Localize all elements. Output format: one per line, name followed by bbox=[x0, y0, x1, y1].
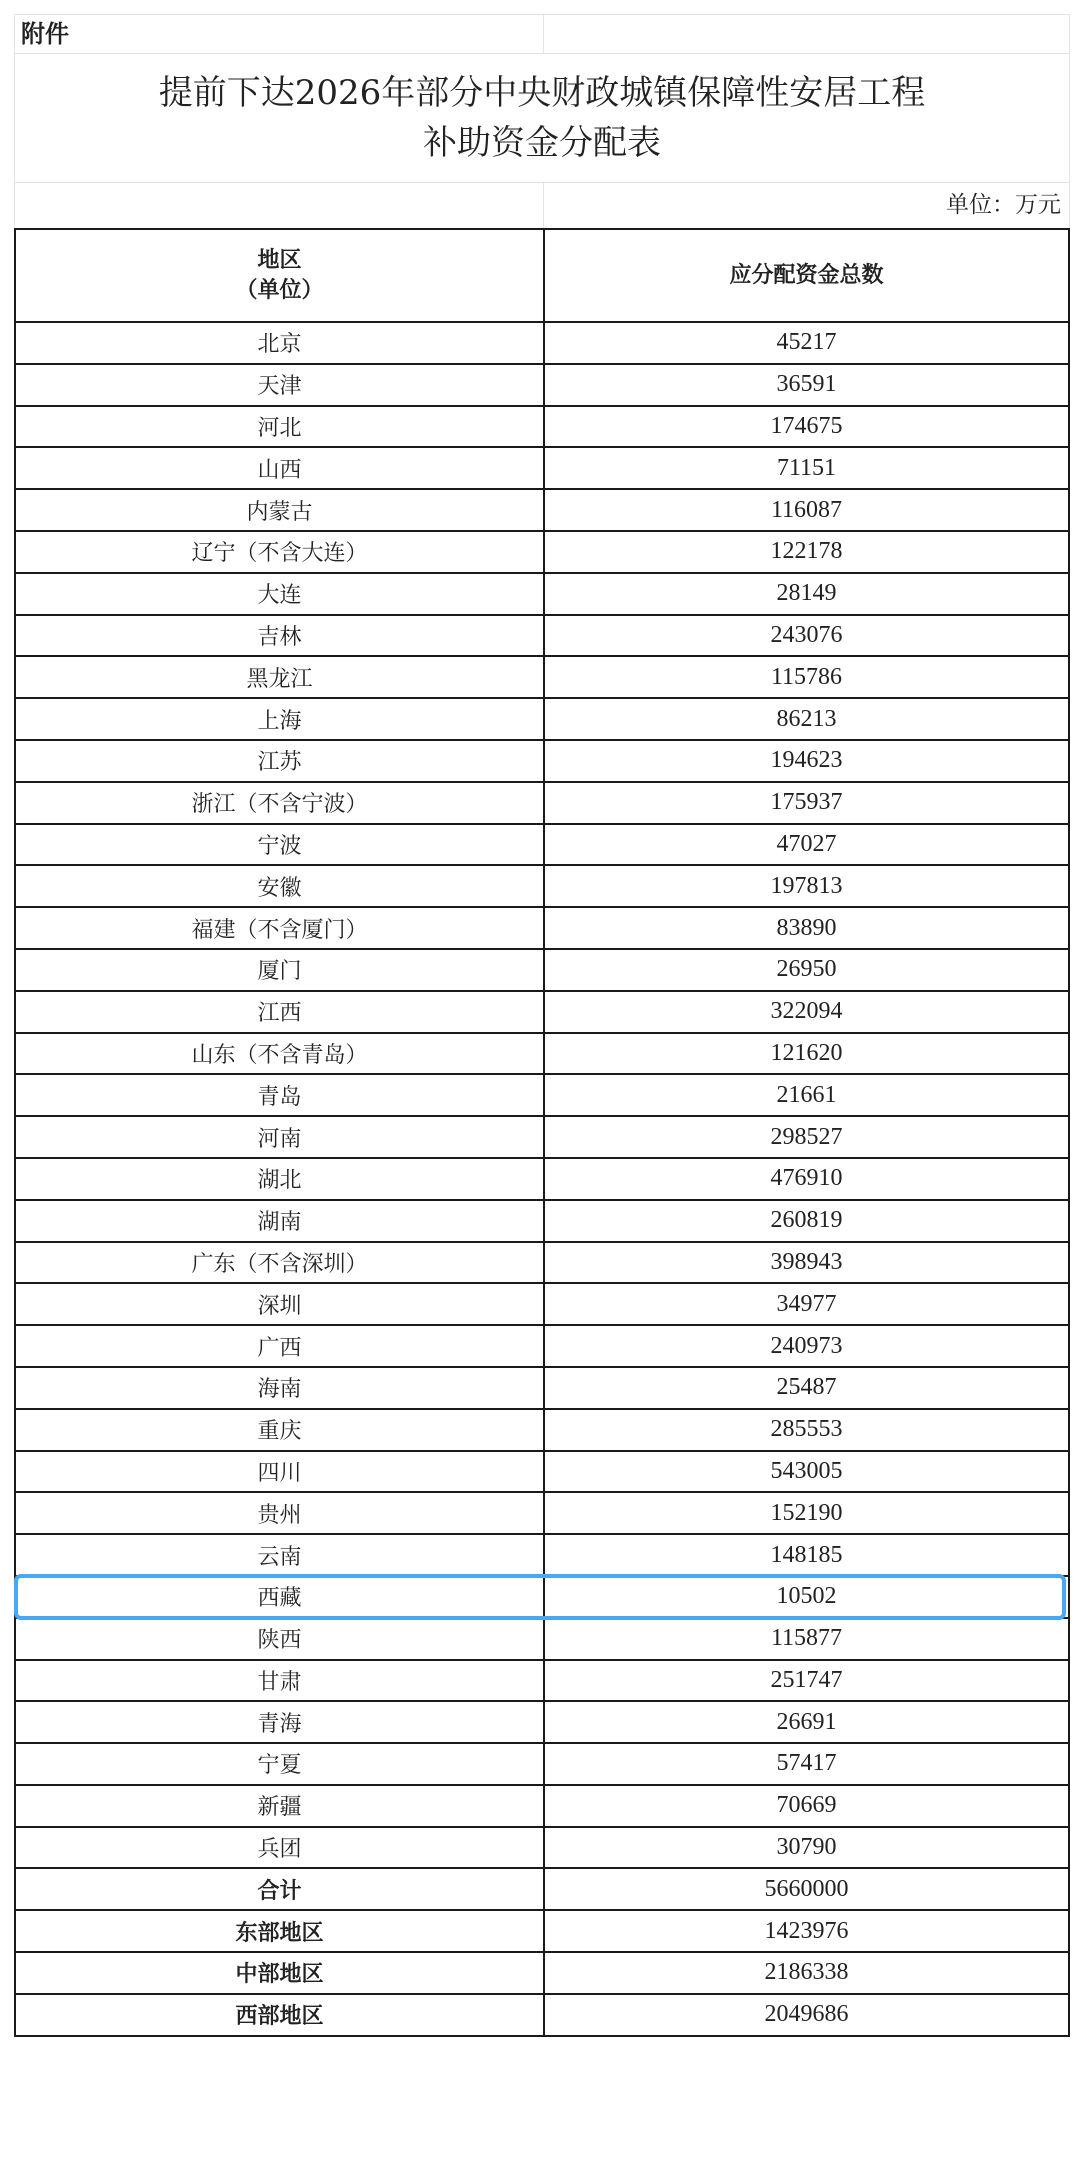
amount-cell[interactable]: 57417 bbox=[544, 1743, 1069, 1785]
region-cell[interactable]: 天津 bbox=[15, 364, 544, 406]
region-cell[interactable]: 福建（不含厦门） bbox=[15, 907, 544, 949]
region-cell[interactable]: 新疆 bbox=[15, 1785, 544, 1827]
table-row[interactable]: 新疆70669 bbox=[15, 1785, 1069, 1827]
region-cell[interactable]: 东部地区 bbox=[15, 1910, 544, 1952]
table-row[interactable]: 陕西115877 bbox=[15, 1618, 1069, 1660]
table-row[interactable]: 吉林243076 bbox=[15, 615, 1069, 657]
region-cell[interactable]: 内蒙古 bbox=[15, 489, 544, 531]
table-row[interactable]: 上海86213 bbox=[15, 698, 1069, 740]
table-row[interactable]: 海南25487 bbox=[15, 1367, 1069, 1409]
table-row[interactable]: 天津36591 bbox=[15, 364, 1069, 406]
region-cell[interactable]: 重庆 bbox=[15, 1409, 544, 1451]
region-cell[interactable]: 云南 bbox=[15, 1534, 544, 1576]
amount-cell[interactable]: 36591 bbox=[544, 364, 1069, 406]
allocation-table: 地区 （单位） 应分配资金总数 北京45217天津36591河北174675山西… bbox=[14, 228, 1070, 2037]
column-header-amount[interactable]: 应分配资金总数 bbox=[544, 229, 1069, 322]
region-cell[interactable]: 北京 bbox=[15, 322, 544, 364]
region-cell[interactable]: 浙江（不含宁波） bbox=[15, 782, 544, 824]
table-row[interactable]: 东部地区1423976 bbox=[15, 1910, 1069, 1952]
region-cell[interactable]: 湖南 bbox=[15, 1200, 544, 1242]
table-row[interactable]: 兵团30790 bbox=[15, 1827, 1069, 1869]
table-row[interactable]: 贵州152190 bbox=[15, 1492, 1069, 1534]
table-row[interactable]: 安徽197813 bbox=[15, 865, 1069, 907]
region-cell[interactable]: 贵州 bbox=[15, 1492, 544, 1534]
table-row[interactable]: 广东（不含深圳）398943 bbox=[15, 1242, 1069, 1284]
amount-cell[interactable]: 243076 bbox=[544, 615, 1069, 657]
region-cell[interactable]: 兵团 bbox=[15, 1827, 544, 1869]
region-cell[interactable]: 深圳 bbox=[15, 1283, 544, 1325]
amount-cell[interactable]: 476910 bbox=[544, 1158, 1069, 1200]
region-cell[interactable]: 中部地区 bbox=[15, 1952, 544, 1994]
region-cell[interactable]: 吉林 bbox=[15, 615, 544, 657]
unit-label: 单位：万元 bbox=[544, 183, 1069, 228]
column-header-region-line1: 地区 bbox=[16, 246, 543, 276]
region-cell[interactable]: 合计 bbox=[15, 1868, 544, 1910]
amount-cell[interactable]: 25487 bbox=[544, 1367, 1069, 1409]
amount-cell[interactable]: 121620 bbox=[544, 1033, 1069, 1075]
column-header-region-line2: （单位） bbox=[16, 276, 543, 306]
region-cell[interactable]: 河北 bbox=[15, 406, 544, 448]
amount-cell[interactable]: 47027 bbox=[544, 824, 1069, 866]
table-row[interactable]: 山西71151 bbox=[15, 447, 1069, 489]
region-cell[interactable]: 宁夏 bbox=[15, 1743, 544, 1785]
table-row[interactable]: 浙江（不含宁波）175937 bbox=[15, 782, 1069, 824]
column-header-region[interactable]: 地区 （单位） bbox=[15, 229, 544, 322]
amount-cell[interactable]: 86213 bbox=[544, 698, 1069, 740]
region-cell[interactable]: 安徽 bbox=[15, 865, 544, 907]
amount-cell[interactable]: 260819 bbox=[544, 1200, 1069, 1242]
region-cell[interactable]: 山西 bbox=[15, 447, 544, 489]
empty-cell bbox=[15, 183, 544, 228]
amount-cell[interactable]: 115786 bbox=[544, 656, 1069, 698]
amount-cell[interactable]: 10502 bbox=[544, 1576, 1069, 1618]
table-row[interactable]: 大连28149 bbox=[15, 573, 1069, 615]
amount-cell[interactable]: 34977 bbox=[544, 1283, 1069, 1325]
attachment-label: 附件 bbox=[15, 15, 544, 53]
title-cell: 提前下达2026年部分中央财政城镇保障性安居工程 补助资金分配表 bbox=[14, 54, 1070, 183]
amount-cell[interactable]: 70669 bbox=[544, 1785, 1069, 1827]
table-row[interactable]: 西部地区2049686 bbox=[15, 1994, 1069, 2036]
amount-cell[interactable]: 71151 bbox=[544, 447, 1069, 489]
region-cell[interactable]: 湖北 bbox=[15, 1158, 544, 1200]
title-line-1: 提前下达2026年部分中央财政城镇保障性安居工程 bbox=[159, 68, 926, 118]
empty-cell bbox=[544, 15, 1069, 53]
amount-cell[interactable]: 2186338 bbox=[544, 1952, 1069, 1994]
table-body: 北京45217天津36591河北174675山西71151内蒙古116087辽宁… bbox=[15, 322, 1069, 2036]
region-cell[interactable]: 西藏 bbox=[15, 1576, 544, 1618]
region-cell[interactable]: 江西 bbox=[15, 991, 544, 1033]
amount-cell[interactable]: 83890 bbox=[544, 907, 1069, 949]
amount-cell[interactable]: 322094 bbox=[544, 991, 1069, 1033]
amount-cell[interactable]: 152190 bbox=[544, 1492, 1069, 1534]
region-cell[interactable]: 青岛 bbox=[15, 1074, 544, 1116]
table-row[interactable]: 甘肃251747 bbox=[15, 1660, 1069, 1702]
table-row[interactable]: 青岛21661 bbox=[15, 1074, 1069, 1116]
table-row[interactable]: 江苏194623 bbox=[15, 740, 1069, 782]
table-row[interactable]: 云南148185 bbox=[15, 1534, 1069, 1576]
amount-cell[interactable]: 240973 bbox=[544, 1325, 1069, 1367]
amount-cell[interactable]: 26691 bbox=[544, 1701, 1069, 1743]
amount-cell[interactable]: 21661 bbox=[544, 1074, 1069, 1116]
amount-cell[interactable]: 194623 bbox=[544, 740, 1069, 782]
region-cell[interactable]: 宁波 bbox=[15, 824, 544, 866]
table-row[interactable]: 西藏10502 bbox=[15, 1576, 1069, 1618]
title-line-2: 补助资金分配表 bbox=[423, 118, 661, 168]
amount-cell[interactable]: 122178 bbox=[544, 531, 1069, 573]
amount-cell[interactable]: 174675 bbox=[544, 406, 1069, 448]
amount-cell[interactable]: 175937 bbox=[544, 782, 1069, 824]
amount-cell[interactable]: 45217 bbox=[544, 322, 1069, 364]
region-cell[interactable]: 辽宁（不含大连） bbox=[15, 531, 544, 573]
amount-cell[interactable]: 197813 bbox=[544, 865, 1069, 907]
amount-cell[interactable]: 148185 bbox=[544, 1534, 1069, 1576]
table-row[interactable]: 内蒙古116087 bbox=[15, 489, 1069, 531]
region-cell[interactable]: 广西 bbox=[15, 1325, 544, 1367]
table-row[interactable]: 湖北476910 bbox=[15, 1158, 1069, 1200]
amount-cell[interactable]: 5660000 bbox=[544, 1868, 1069, 1910]
amount-cell[interactable]: 1423976 bbox=[544, 1910, 1069, 1952]
amount-cell[interactable]: 543005 bbox=[544, 1451, 1069, 1493]
region-cell[interactable]: 江苏 bbox=[15, 740, 544, 782]
region-cell[interactable]: 四川 bbox=[15, 1451, 544, 1493]
amount-cell[interactable]: 2049686 bbox=[544, 1994, 1069, 2036]
amount-cell[interactable]: 26950 bbox=[544, 949, 1069, 991]
region-cell[interactable]: 大连 bbox=[15, 573, 544, 615]
table-row[interactable]: 黑龙江115786 bbox=[15, 656, 1069, 698]
region-cell[interactable]: 海南 bbox=[15, 1367, 544, 1409]
region-cell[interactable]: 陕西 bbox=[15, 1618, 544, 1660]
table-header-row: 地区 （单位） 应分配资金总数 bbox=[15, 229, 1069, 322]
table-row[interactable]: 厦门26950 bbox=[15, 949, 1069, 991]
region-cell[interactable]: 厦门 bbox=[15, 949, 544, 991]
region-cell[interactable]: 山东（不含青岛） bbox=[15, 1033, 544, 1075]
table-row[interactable]: 合计5660000 bbox=[15, 1868, 1069, 1910]
amount-cell[interactable]: 28149 bbox=[544, 573, 1069, 615]
table-row[interactable]: 四川543005 bbox=[15, 1451, 1069, 1493]
amount-cell[interactable]: 30790 bbox=[544, 1827, 1069, 1869]
amount-cell[interactable]: 298527 bbox=[544, 1116, 1069, 1158]
amount-cell[interactable]: 116087 bbox=[544, 489, 1069, 531]
table-row[interactable]: 河北174675 bbox=[15, 406, 1069, 448]
region-cell[interactable]: 广东（不含深圳） bbox=[15, 1242, 544, 1284]
table-row[interactable]: 重庆285553 bbox=[15, 1409, 1069, 1451]
region-cell[interactable]: 黑龙江 bbox=[15, 656, 544, 698]
amount-cell[interactable]: 251747 bbox=[544, 1660, 1069, 1702]
table-row[interactable]: 河南298527 bbox=[15, 1116, 1069, 1158]
region-cell[interactable]: 西部地区 bbox=[15, 1994, 544, 2036]
table-row[interactable]: 深圳34977 bbox=[15, 1283, 1069, 1325]
amount-cell[interactable]: 398943 bbox=[544, 1242, 1069, 1284]
region-cell[interactable]: 青海 bbox=[15, 1701, 544, 1743]
unit-row: 单位：万元 bbox=[14, 183, 1070, 228]
table-row[interactable]: 宁夏57417 bbox=[15, 1743, 1069, 1785]
table-row[interactable]: 湖南260819 bbox=[15, 1200, 1069, 1242]
table-row[interactable]: 江西322094 bbox=[15, 991, 1069, 1033]
region-cell[interactable]: 甘肃 bbox=[15, 1660, 544, 1702]
spreadsheet: 附件 提前下达2026年部分中央财政城镇保障性安居工程 补助资金分配表 单位：万… bbox=[14, 14, 1070, 2037]
table-row[interactable]: 福建（不含厦门）83890 bbox=[15, 907, 1069, 949]
table-row[interactable]: 青海26691 bbox=[15, 1701, 1069, 1743]
attachment-row: 附件 bbox=[14, 14, 1070, 54]
table-row[interactable]: 北京45217 bbox=[15, 322, 1069, 364]
table-row[interactable]: 辽宁（不含大连）122178 bbox=[15, 531, 1069, 573]
amount-cell[interactable]: 115877 bbox=[544, 1618, 1069, 1660]
table-row[interactable]: 广西240973 bbox=[15, 1325, 1069, 1367]
region-cell[interactable]: 河南 bbox=[15, 1116, 544, 1158]
table-row[interactable]: 山东（不含青岛）121620 bbox=[15, 1033, 1069, 1075]
table-row[interactable]: 中部地区2186338 bbox=[15, 1952, 1069, 1994]
region-cell[interactable]: 上海 bbox=[15, 698, 544, 740]
amount-cell[interactable]: 285553 bbox=[544, 1409, 1069, 1451]
table-row[interactable]: 宁波47027 bbox=[15, 824, 1069, 866]
